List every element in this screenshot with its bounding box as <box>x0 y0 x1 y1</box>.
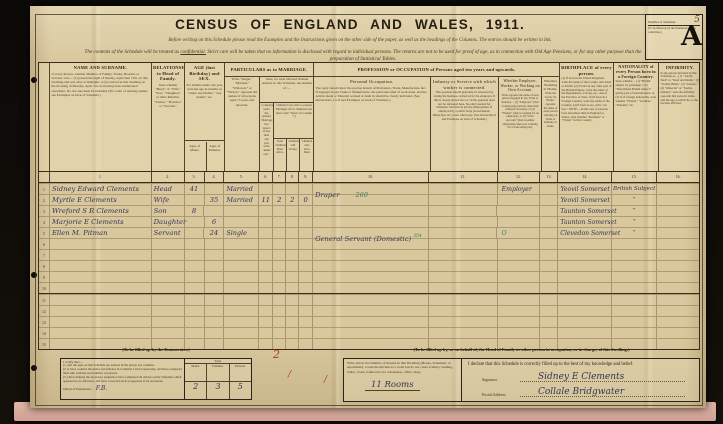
cell-years <box>258 282 272 293</box>
age-col-desc: For Infants under one year state the age… <box>187 83 223 100</box>
cell-age-f <box>204 183 224 194</box>
form-title: CENSUS OF ENGLAND AND WALES, 1911. <box>30 17 670 32</box>
age-col-title: AGE (last Birthday) and SEX. <box>186 65 223 82</box>
cell-years <box>258 305 272 316</box>
cell-living <box>285 249 298 260</box>
cell-birthplace: Taunton Somerset <box>557 216 611 227</box>
cell-nationality: British Subject <box>611 183 656 194</box>
table-row: 10 <box>39 282 699 294</box>
cell-born <box>272 294 285 305</box>
column-number-row: 1.2.3.4.5.6.7.8.9.10.11.12.13.14.15.16. <box>38 172 700 183</box>
children-desc: Children born alive to present Marriage.… <box>276 104 313 119</box>
cell-years <box>258 260 272 271</box>
marriage-group-title: PARTICULARS as to MARRIAGE. <box>231 67 308 73</box>
cell-infirmity <box>656 183 699 194</box>
cell-relationship <box>151 238 184 249</box>
cell-age-m <box>184 216 204 227</box>
cell-birthplace <box>557 260 611 271</box>
column-number: 4. <box>204 172 224 182</box>
rooms-value: 11 Rooms <box>365 380 420 391</box>
row-number: 7 <box>39 249 49 260</box>
postal-address-line: Collale Bridgwater <box>520 386 685 397</box>
column-number: 6. <box>258 172 272 182</box>
cell-occupation <box>312 238 428 249</box>
row-number: 10 <box>39 282 49 293</box>
row-number: 13 <box>39 316 49 327</box>
cell-at-home <box>539 194 557 205</box>
row-number: 3 <box>39 205 49 216</box>
cell-years <box>258 183 272 194</box>
cell-employer <box>497 194 540 205</box>
cell-years <box>258 238 272 249</box>
row-number: 15 <box>39 338 49 349</box>
cell-relationship <box>151 327 184 338</box>
cell-infirmity <box>656 271 699 282</box>
cell-employer <box>497 238 540 249</box>
column-number: 2. <box>151 172 184 182</box>
cell-at-home <box>539 238 557 249</box>
cell-relationship <box>151 305 184 316</box>
table-row: 5Ellen M. PitmanServant24SingleGeneral S… <box>39 227 699 238</box>
age-subcols: Ages of Males. Ages of Females. <box>185 141 224 171</box>
cell-years <box>258 271 272 282</box>
conf-before: The contents of the Schedule will be tre… <box>84 49 180 55</box>
cell-age-f: 24 <box>203 227 223 238</box>
enumerator-box: I certify that:— (1.) All the ages on th… <box>60 358 252 400</box>
cell-living: 2 <box>285 194 298 205</box>
cell-nationality: ” <box>611 205 656 216</box>
red-tick-mark: / <box>324 375 327 385</box>
column-number: 7. <box>272 172 285 182</box>
cell-infirmity <box>656 238 699 249</box>
cell-born <box>272 227 285 238</box>
column-number: 1. <box>49 172 151 182</box>
marriage-status-desc: Write "Single," "Married," "Widower," or… <box>227 77 258 107</box>
cell-died <box>298 260 312 271</box>
cell-name: Marjorie E Clements <box>49 216 151 227</box>
birthplace-title: BIRTHPLACE of every person. <box>561 65 612 76</box>
cell-born <box>272 249 285 260</box>
cell-relationship: Daughter <box>151 216 184 227</box>
cell-nationality <box>611 249 656 260</box>
rooms-box: Write below the Number of Rooms in this … <box>344 359 462 401</box>
table-row: 14 <box>39 327 699 338</box>
pre-instruction: Before writing on this Schedule please r… <box>70 38 650 43</box>
personal-occupation-col: Personal Occupation. The reply should sh… <box>314 77 430 171</box>
at-home-title: Whether Working at Home. <box>543 79 558 91</box>
cell-age-m <box>184 194 204 205</box>
cell-age-f <box>204 305 224 316</box>
cell-occupation <box>312 205 428 216</box>
household-declaration-box: Write below the Number of Rooms in this … <box>343 358 700 402</box>
cell-born <box>272 316 285 327</box>
cell-name <box>49 305 151 316</box>
declaration: I declare that this Schedule is correctl… <box>462 359 699 401</box>
cell-age-m <box>184 260 204 271</box>
at-home-col: Whether Working at Home. Write the words… <box>541 77 559 171</box>
cell-marriage <box>223 271 258 282</box>
red-check-number: 2 <box>273 348 280 361</box>
table-rows: 1Sidney Edward ClementsHead41MarriedDrap… <box>38 183 700 350</box>
cell-industry <box>428 205 497 216</box>
cell-at-home <box>539 260 557 271</box>
cell-age-m: 41 <box>184 183 204 194</box>
scanned-census-page: CENSUS OF ENGLAND AND WALES, 1911. Befor… <box>0 0 723 424</box>
cell-nationality <box>611 271 656 282</box>
signature-value: Sidney E Clements <box>538 372 624 382</box>
cell-infirmity <box>656 194 699 205</box>
cell-employer <box>497 305 540 316</box>
cell-at-home <box>539 294 557 305</box>
birthplace-desc: (1) If born in the United Kingdom, write… <box>562 77 612 123</box>
cell-name: Wreford S R Clements <box>49 205 151 216</box>
cell-died: 0 <box>298 194 312 205</box>
census-table: NAME AND SURNAME. of every Person, wheth… <box>38 62 700 350</box>
cell-years <box>258 327 272 338</box>
cell-relationship <box>151 316 184 327</box>
cell-years <box>258 216 272 227</box>
cell-industry <box>428 327 497 338</box>
row-number: 12 <box>39 305 49 316</box>
cell-age-f: 35 <box>204 194 224 205</box>
cell-at-home <box>539 183 557 194</box>
cell-born <box>272 282 285 293</box>
persons-label: Persons. <box>229 364 251 382</box>
cell-at-home <box>539 216 557 227</box>
cell-marriage: Single <box>223 227 258 238</box>
cell-infirmity <box>656 282 699 293</box>
cell-at-home <box>539 327 557 338</box>
cell-died <box>298 238 312 249</box>
cell-died <box>298 282 312 293</box>
cell-occupation <box>312 216 428 227</box>
cell-at-home <box>539 282 557 293</box>
cell-age-m <box>184 294 204 305</box>
cell-living <box>285 216 298 227</box>
cell-name <box>49 294 151 305</box>
cell-years <box>258 249 272 260</box>
cell-birthplace <box>557 238 611 249</box>
cell-nationality <box>611 294 656 305</box>
cell-age-m <box>184 238 204 249</box>
cell-age-m: 8 <box>184 205 204 216</box>
header-rownum-col <box>39 63 49 171</box>
cell-marriage: Married <box>223 194 258 205</box>
cell-infirmity <box>656 205 699 216</box>
industry-title: Industry or Service with which worker is… <box>432 79 498 90</box>
enumerator-section-heading: (To be filled up by the Enumerator.) <box>60 347 252 352</box>
cell-relationship <box>151 294 184 305</box>
cell-occupation <box>312 282 428 293</box>
table-row: 1Sidney Edward ClementsHead41MarriedDrap… <box>39 183 699 194</box>
cell-age-m <box>184 249 204 260</box>
cell-birthplace <box>557 271 611 282</box>
cell-birthplace <box>557 305 611 316</box>
cell-age-f <box>204 316 224 327</box>
table-row: 8 <box>39 260 699 271</box>
cell-years <box>258 227 272 238</box>
children-born-col: Total Children Born Alive. <box>274 139 287 171</box>
persons-total: 5 <box>229 382 251 400</box>
cell-industry <box>428 238 497 249</box>
cell-industry <box>428 183 497 194</box>
ages-of-males-label: Ages of Males. <box>187 142 203 171</box>
cell-birthplace: Clevedon Somerset <box>557 227 611 238</box>
cell-infirmity <box>656 216 699 227</box>
cell-infirmity <box>656 316 699 327</box>
cell-age-f <box>204 238 224 249</box>
cell-industry <box>428 260 497 271</box>
children-died-label: Children who have Died. <box>302 140 313 155</box>
cell-living <box>285 282 298 293</box>
header-nationality-col: NATIONALITY of every Person born in a Fo… <box>613 63 658 171</box>
cell-age-m <box>184 271 204 282</box>
cell-age-f <box>204 260 224 271</box>
cell-nationality <box>611 260 656 271</box>
cell-infirmity <box>656 260 699 271</box>
cell-age-f <box>203 205 223 216</box>
cell-relationship <box>151 249 184 260</box>
cell-age-m <box>184 227 204 238</box>
cell-employer: Employer <box>497 183 540 194</box>
cell-years <box>258 316 272 327</box>
census-schedule-paper: CENSUS OF ENGLAND AND WALES, 1911. Befor… <box>30 6 706 408</box>
cell-living <box>285 271 298 282</box>
cell-industry <box>428 271 497 282</box>
cell-years <box>258 205 272 216</box>
table-row: 13 <box>39 316 699 327</box>
industry-desc: This question should generally be answer… <box>432 91 497 122</box>
cell-occupation <box>312 260 428 271</box>
cell-nationality <box>611 282 656 293</box>
cell-died <box>298 227 312 238</box>
cell-relationship <box>151 282 184 293</box>
cell-nationality <box>611 327 656 338</box>
relationship-col-title: RELATIONSHIP to Head of Family. <box>153 65 183 82</box>
header-birthplace-col: BIRTHPLACE of every person. (1) If born … <box>559 63 613 171</box>
married-woman-note: State, for each Married Woman entered on… <box>260 77 313 103</box>
cell-name <box>49 249 151 260</box>
header-name-col: NAME AND SURNAME. of every Person, wheth… <box>49 63 151 171</box>
cell-born <box>272 183 285 194</box>
cell-age-f <box>204 327 224 338</box>
cell-occupation <box>312 249 428 260</box>
cell-age-f: 6 <box>204 216 224 227</box>
cell-employer <box>497 327 540 338</box>
conf-after: Strict care will be taken that no inform… <box>206 49 642 62</box>
cell-employer <box>497 260 540 271</box>
cell-birthplace <box>557 316 611 327</box>
cell-name: Myrtle E Clements <box>49 194 151 205</box>
column-number: 8. <box>285 172 298 182</box>
at-home-desc: Write the words "At Home" opposite the n… <box>544 92 558 128</box>
occupation-text <box>313 346 315 354</box>
cell-infirmity <box>656 227 699 238</box>
table-row: 9 <box>39 271 699 282</box>
cell-employer <box>497 249 540 260</box>
cell-born: 2 <box>272 194 285 205</box>
cell-birthplace: Taunton Somerset <box>557 205 611 216</box>
males-label: Males. <box>185 364 206 382</box>
cell-occupation <box>312 305 428 316</box>
column-number <box>39 172 49 182</box>
nationality-title: NATIONALITY of every Person born in a Fo… <box>615 65 657 79</box>
marriage-status-col: Write "Single," "Married," "Widower," or… <box>225 76 260 171</box>
cell-infirmity <box>656 249 699 260</box>
cell-age-m <box>184 305 204 316</box>
cell-marriage <box>223 316 258 327</box>
table-row: 4Marjorie E ClementsDaughter6Taunton Som… <box>39 216 699 227</box>
column-number: 3. <box>184 172 204 182</box>
confidential-instruction: The contents of the Schedule will be tre… <box>78 49 648 63</box>
cell-died <box>298 183 312 194</box>
cell-nationality <box>611 316 656 327</box>
employer-desc: Write opposite the name of each person e… <box>501 94 540 130</box>
females-total: 3 <box>206 382 228 400</box>
header-marriage-group: PARTICULARS as to MARRIAGE. Write "Singl… <box>224 63 313 171</box>
enumerator-initials: F.B. <box>96 385 107 392</box>
cell-relationship: Servant <box>151 227 184 238</box>
cell-marriage <box>223 205 258 216</box>
cell-nationality <box>611 305 656 316</box>
red-tick-mark: / <box>288 370 291 380</box>
cell-born <box>272 271 285 282</box>
cell-industry <box>428 227 497 238</box>
rooms-note: Write below the Number of Rooms in this … <box>347 361 458 374</box>
cell-at-home <box>539 305 557 316</box>
cell-nationality: ” <box>611 194 656 205</box>
declaration-text: I declare that this Schedule is correctl… <box>468 362 693 367</box>
years-married-col: Completed years the present Marriage has… <box>260 103 274 171</box>
cell-relationship <box>151 271 184 282</box>
cell-industry <box>428 249 497 260</box>
cell-name: Sidney Edward Clements <box>49 183 151 194</box>
cell-industry <box>428 316 497 327</box>
cell-died <box>298 271 312 282</box>
cell-relationship: Head <box>151 183 184 194</box>
column-number: 15. <box>611 172 656 182</box>
cell-died <box>298 338 312 349</box>
cell-name <box>49 327 151 338</box>
years-married-desc: Completed years the present Marriage has… <box>262 104 272 157</box>
ages-of-females-label: Ages of Females. <box>206 142 223 171</box>
cell-living <box>285 260 298 271</box>
cell-name <box>49 282 151 293</box>
cell-marriage <box>223 282 258 293</box>
cell-marriage <box>223 238 258 249</box>
cell-living <box>285 338 298 349</box>
cell-at-home <box>539 227 557 238</box>
cell-died <box>298 316 312 327</box>
column-number: 12. <box>497 172 540 182</box>
cell-living <box>285 205 298 216</box>
cell-relationship: Son <box>151 205 184 216</box>
cell-relationship <box>151 260 184 271</box>
cell-age-m <box>184 327 204 338</box>
cell-marriage <box>223 305 258 316</box>
column-number: 11. <box>428 172 497 182</box>
cell-name <box>49 238 151 249</box>
profession-group-title-band: PROFESSION or OCCUPATION of Persons aged… <box>314 63 559 77</box>
cell-industry <box>428 305 497 316</box>
cell-marriage <box>223 260 258 271</box>
cell-name: Ellen M. Pitman <box>49 227 151 238</box>
conf-word: confidential. <box>180 49 206 55</box>
cell-industry <box>428 282 497 293</box>
cell-born <box>272 205 285 216</box>
cell-living <box>285 316 298 327</box>
cell-living <box>285 238 298 249</box>
cell-died <box>298 294 312 305</box>
table-row: 2Myrtle E ClementsWife35Married11220Yeov… <box>39 194 699 205</box>
signature-line: Sidney E Clements <box>520 371 685 382</box>
cell-occupation <box>312 271 428 282</box>
cell-employer <box>497 294 540 305</box>
cell-birthplace: Yeovil Somerset <box>557 194 611 205</box>
males-total: 2 <box>185 382 206 400</box>
column-number: 9. <box>298 172 312 182</box>
cell-birthplace <box>557 282 611 293</box>
table-row: 11 <box>39 294 699 305</box>
name-col-desc: of every Person, whether Member of Famil… <box>52 72 150 98</box>
cell-infirmity <box>656 305 699 316</box>
enumerator-certification: I certify that:— (1.) All the ages on th… <box>61 359 184 399</box>
cell-marriage <box>223 327 258 338</box>
cell-birthplace <box>557 327 611 338</box>
cell-living <box>285 305 298 316</box>
cell-marriage <box>223 294 258 305</box>
column-number: 14. <box>557 172 611 182</box>
cell-occupation <box>312 316 428 327</box>
row-number: 11 <box>39 294 49 305</box>
cell-years <box>258 294 272 305</box>
cell-nationality: ” <box>611 227 656 238</box>
cell-born <box>272 305 285 316</box>
employer-col: Whether Employer, Worker, or Working on … <box>498 77 541 171</box>
cell-at-home <box>539 205 557 216</box>
cell-died <box>298 327 312 338</box>
header-relationship-col: RELATIONSHIP to Head of Family. State wh… <box>151 63 184 171</box>
cell-years: 11 <box>258 194 272 205</box>
cell-employer <box>497 282 540 293</box>
row-number: 5 <box>39 227 49 238</box>
infirmity-title: INFIRMITY. <box>660 65 700 71</box>
row-number: 6 <box>39 238 49 249</box>
marriage-right-group: State, for each Married Woman entered on… <box>260 76 313 171</box>
schedule-number-label: Number of Schedule. <box>648 20 676 24</box>
initials-label: Initials of Enumerator. <box>63 388 92 392</box>
cell-relationship: Wife <box>151 194 184 205</box>
cell-name <box>49 316 151 327</box>
profession-group-title: PROFESSION or OCCUPATION of Persons aged… <box>358 67 516 73</box>
cell-years <box>258 338 272 349</box>
cell-employer: O <box>496 227 539 238</box>
nationality-desc: State whether— (1) "British subject by p… <box>616 80 657 107</box>
employer-title: Whether Employer, Worker, or Working on … <box>500 79 540 93</box>
header-profession-group: PROFESSION or OCCUPATION of Persons aged… <box>313 63 559 171</box>
row-number: 2 <box>39 194 49 205</box>
table-row: 7 <box>39 249 699 260</box>
children-group: Children born alive to present Marriage.… <box>274 103 313 171</box>
children-born-label: Total Children Born Alive. <box>276 140 285 155</box>
cell-marriage: Married <box>223 183 258 194</box>
children-living-label: Children still Living. <box>289 140 298 151</box>
cell-marriage <box>223 216 258 227</box>
married-woman-text: State, for each Married Woman entered on… <box>262 77 313 90</box>
row-number: 14 <box>39 327 49 338</box>
children-desc-cell: Children born alive to present Marriage.… <box>274 103 313 139</box>
children-living-col: Children still Living. <box>287 139 300 171</box>
